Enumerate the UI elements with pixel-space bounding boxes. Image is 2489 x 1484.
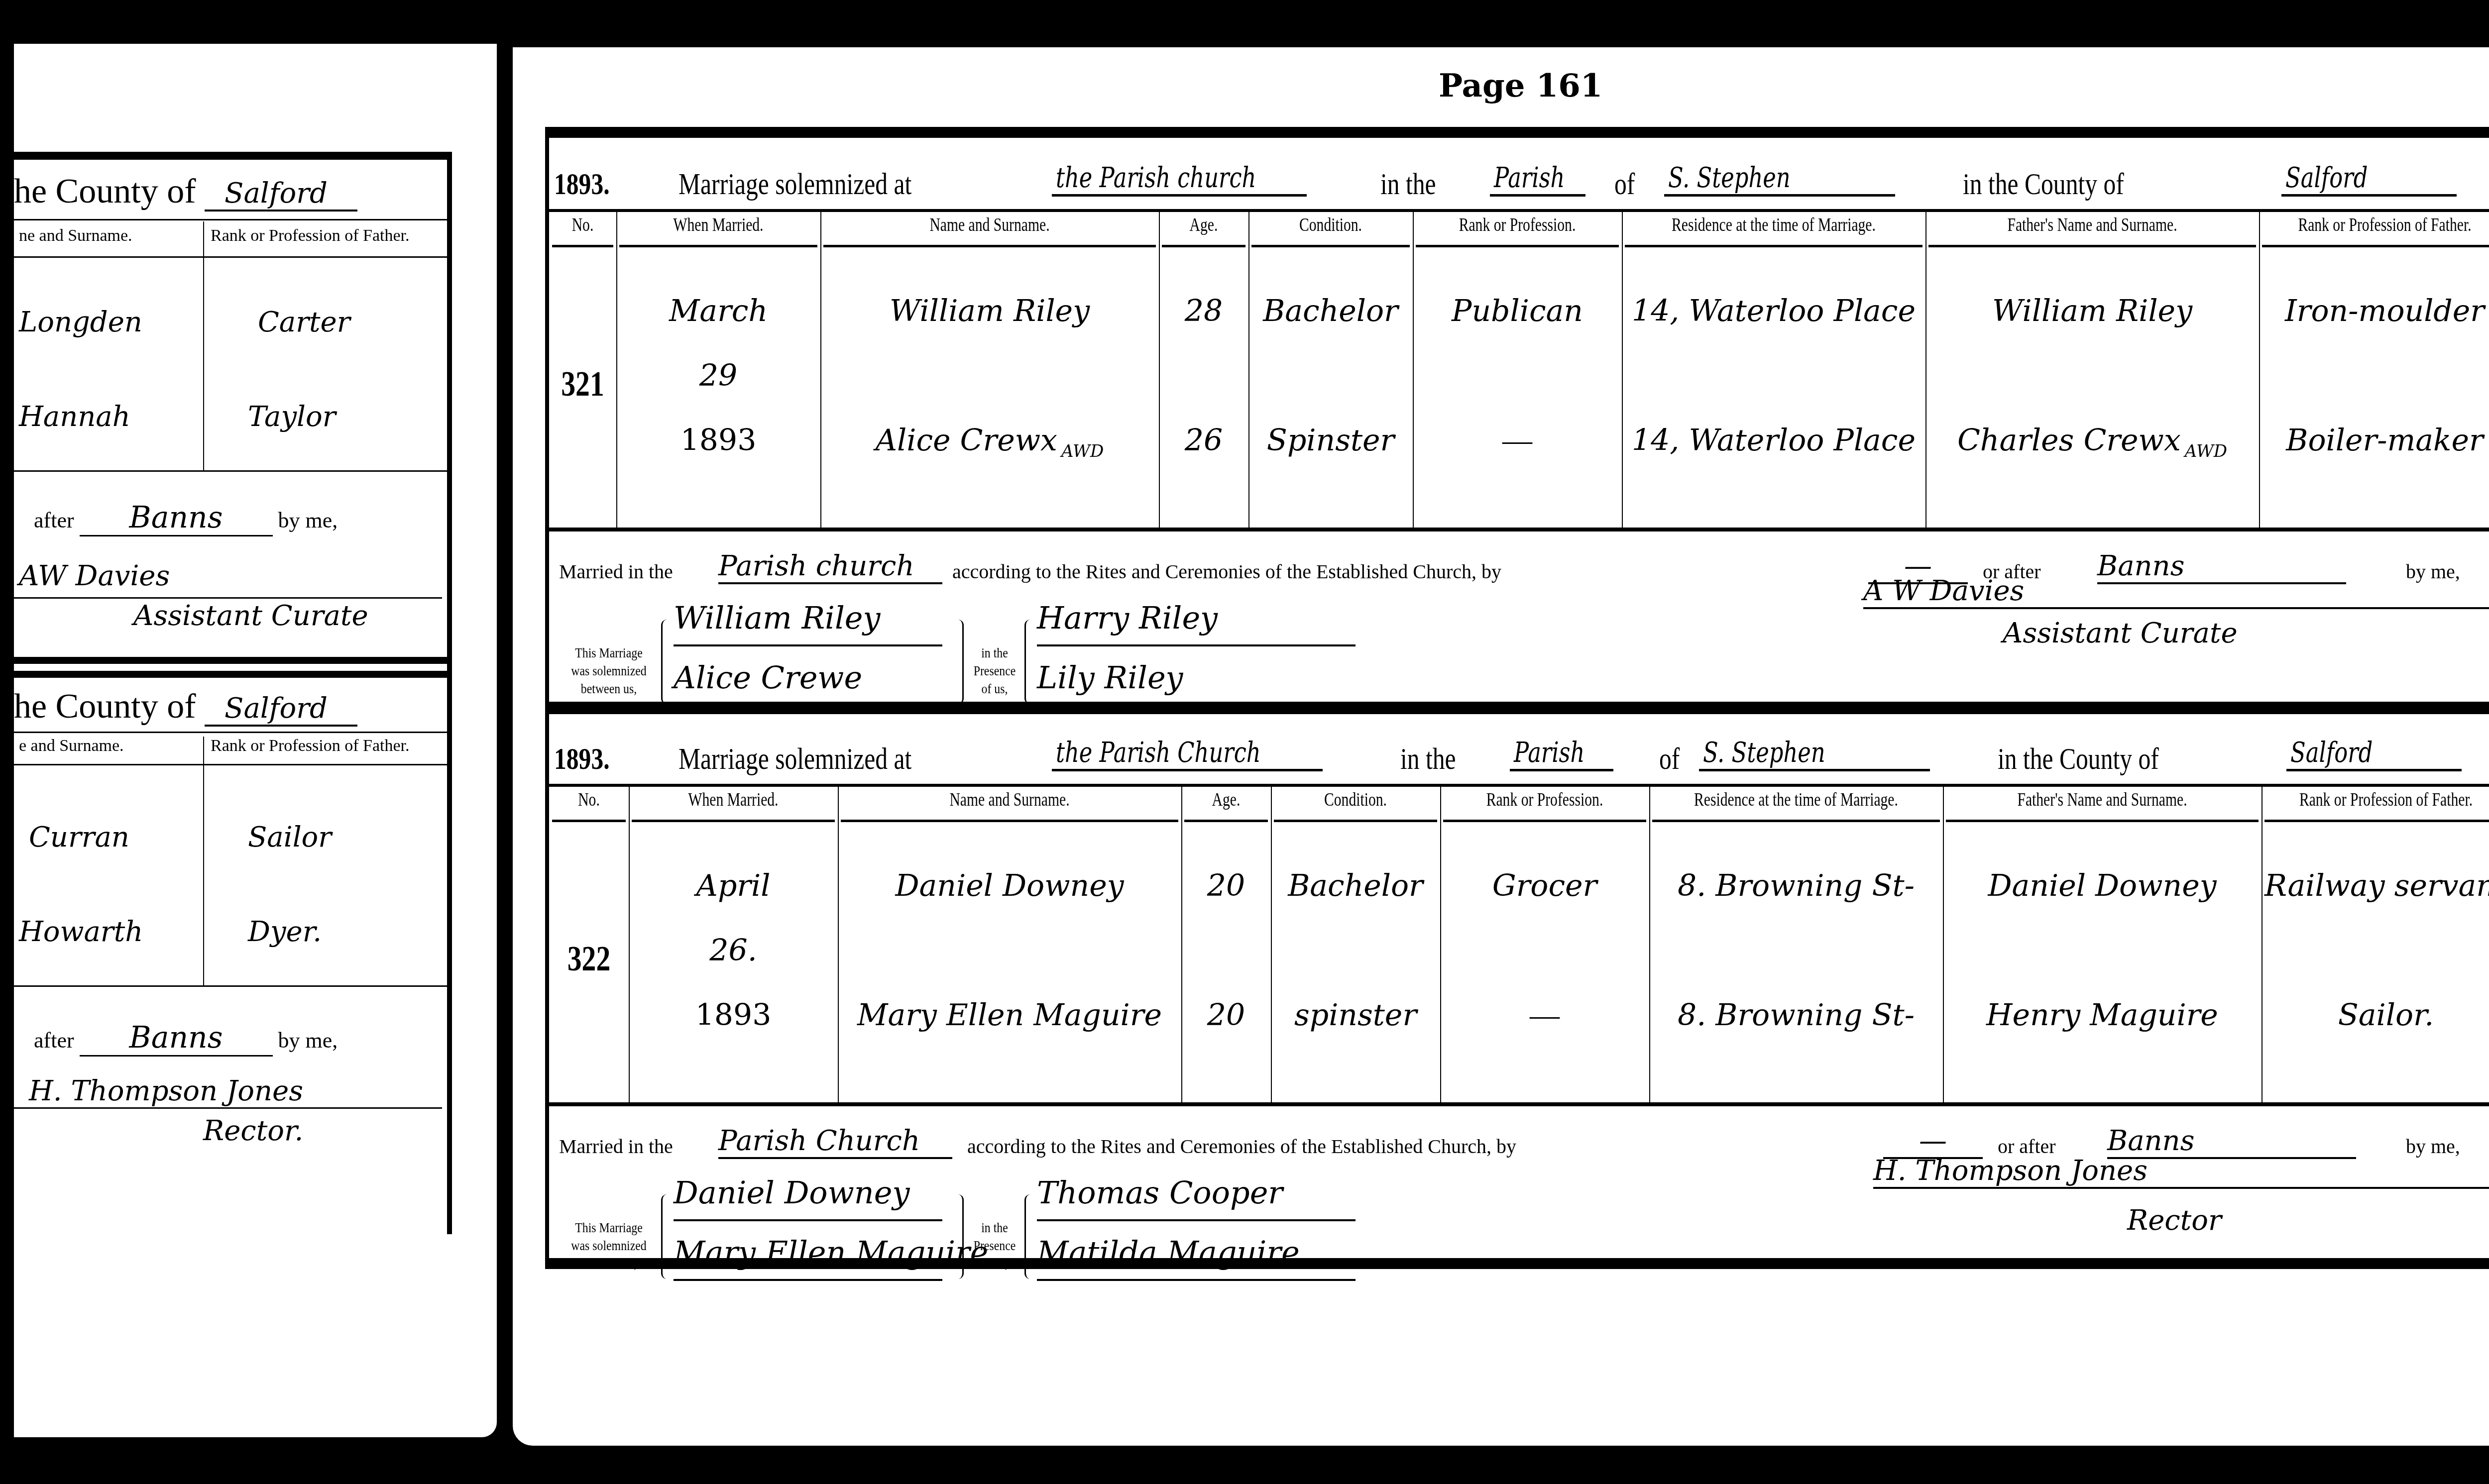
rule <box>14 597 442 599</box>
rule <box>14 657 452 664</box>
rule <box>14 219 447 220</box>
bride-residence: 8. Browning St- <box>1649 998 1943 1033</box>
bride-name: Alice CrewxAWD <box>820 423 1159 461</box>
entry-county: Salford <box>2286 737 2462 771</box>
column-header-name: e and Surname. <box>19 737 124 755</box>
date-month: March <box>616 294 820 328</box>
entry-number: 321 <box>556 363 610 405</box>
groom-father-rank: Iron-moulder <box>2259 294 2489 328</box>
col-father-rank: Rank or Profession of Father. Iron-mould… <box>2259 209 2489 528</box>
bride-father-name: Henry Maguire <box>1943 998 2262 1033</box>
marriage-entry-321: 1893. Marriage solemnized at the Parish … <box>545 127 2489 714</box>
bride-father-rank: Sailor. <box>2262 998 2489 1033</box>
col-name: Name and Surname. William Riley Alice Cr… <box>820 209 1160 528</box>
cell-name: Hannah <box>19 401 130 433</box>
entry-place: the Parish church <box>1052 162 1307 197</box>
officiant-title: Assistant Curate <box>133 600 368 632</box>
cell-father-rank: Dyer. <box>248 916 322 948</box>
married-in-value: Parish church <box>718 550 942 584</box>
bride-age: 26 <box>1159 423 1248 458</box>
groom-father-name: Daniel Downey <box>1943 868 2262 903</box>
rule <box>14 470 447 472</box>
cell-father-rank: Sailor <box>248 821 332 853</box>
entry-district: S. Stephen <box>1664 162 1895 197</box>
column-divider <box>203 737 204 985</box>
rule <box>549 528 2489 531</box>
cell-name: Curran <box>29 821 129 853</box>
col-age: Age. 28 26 <box>1159 209 1249 528</box>
marriage-entry-322: 1893. Marriage solemnized at the Parish … <box>545 702 2489 1269</box>
officiant-signature: AW Davies <box>19 560 170 592</box>
brace <box>1024 620 1036 704</box>
col-no: No. 321 <box>549 209 617 528</box>
bride-condition: Spinster <box>1248 423 1413 458</box>
rule <box>14 256 447 258</box>
col-rank: Rank or Profession. Publican — <box>1413 209 1623 528</box>
married-in-value: Parish Church <box>718 1125 952 1159</box>
groom-residence: 8. Browning St- <box>1649 868 1943 903</box>
witness-2-signature: Matilda Maguire <box>1037 1234 1356 1281</box>
left-entry-b: he County of Salford e and Surname. Rank… <box>14 657 452 1234</box>
bride-name: Mary Ellen Maguire <box>838 998 1181 1033</box>
county-value: Salford <box>205 692 357 727</box>
witness-1-signature: Harry Riley <box>1037 600 1356 646</box>
groom-signature: William Riley <box>674 600 942 646</box>
page-number: Page 161 <box>1439 67 1602 105</box>
groom-residence: 14, Waterloo Place <box>1622 294 1925 328</box>
column-header-father-rank: Rank or Profession of Father. <box>211 226 409 245</box>
entry-place: the Parish Church <box>1052 737 1323 771</box>
date-day: 29 <box>616 358 820 393</box>
groom-condition: Bachelor <box>1271 868 1440 903</box>
groom-age: 20 <box>1181 868 1271 903</box>
left-entry-a: he County of Salford ne and Surname. Ran… <box>14 152 452 699</box>
after-value: Banns <box>2107 1125 2356 1159</box>
rule <box>14 985 447 987</box>
officiant-title: Assistant Curate <box>2003 617 2238 649</box>
entry-district-type: Parish <box>1490 162 1585 197</box>
witness-1-signature: Thomas Cooper <box>1037 1174 1356 1221</box>
col-when-married: When Married. April 26. 1893 <box>629 784 839 1102</box>
groom-name: Daniel Downey <box>838 868 1181 903</box>
after-banns-line: after Banns by me, <box>34 500 338 535</box>
cell-father-rank: Carter <box>258 306 350 338</box>
county-value: Salford <box>205 177 357 212</box>
bride-age: 20 <box>1181 998 1271 1033</box>
groom-age: 28 <box>1159 294 1248 328</box>
county-label: he County of <box>14 172 196 211</box>
bride-rank: — <box>1413 423 1622 457</box>
rule <box>14 732 447 733</box>
bride-signature: Mary Ellen Maguire <box>674 1234 942 1281</box>
col-residence: Residence at the time of Marriage. 8. Br… <box>1649 784 1944 1102</box>
groom-rank: Publican <box>1413 294 1622 328</box>
entry-columns: No. 322 When Married. April 26. 1893 Nam… <box>549 784 2489 1102</box>
col-no: No. 322 <box>549 784 630 1102</box>
bride-condition: spinster <box>1271 998 1440 1033</box>
rule <box>14 1107 442 1109</box>
officiant-signature: A W Davies <box>1863 575 2489 609</box>
witness-2-signature: Lily Riley <box>1037 659 1356 706</box>
column-divider <box>203 221 204 470</box>
date-day: 26. <box>629 933 838 968</box>
cell-name: Longden <box>19 306 142 338</box>
officiant-title: Rector. <box>203 1115 303 1147</box>
cell-name: Howarth <box>19 916 143 948</box>
entry-title-line: 1893. Marriage solemnized at the Parish … <box>554 152 2489 207</box>
this-marriage-label: This Marriage was solemnized between us, <box>566 644 651 698</box>
col-father-name: Father's Name and Surname. Daniel Downey… <box>1943 784 2263 1102</box>
book-gutter <box>503 50 508 1443</box>
col-age: Age. 20 20 <box>1181 784 1272 1102</box>
brace <box>661 620 673 704</box>
officiant-signature: H. Thompson Jones <box>1873 1155 2489 1189</box>
col-residence: Residence at the time of Marriage. 14, W… <box>1622 209 1926 528</box>
groom-father-rank: Railway servant <box>2262 868 2489 903</box>
groom-name: William Riley <box>820 294 1159 328</box>
entry-number: 322 <box>557 938 621 979</box>
rule <box>545 127 2489 138</box>
rule <box>14 764 447 765</box>
col-condition: Condition. Bachelor spinster <box>1271 784 1441 1102</box>
date-month: April <box>629 868 838 903</box>
entry-title-line: 1893. Marriage solemnized at the Parish … <box>554 727 2489 781</box>
officiant-signature: H. Thompson Jones <box>29 1075 303 1107</box>
presence-label: in the Presence of us, <box>971 644 1018 698</box>
after-banns-line: after Banns by me, <box>34 1020 338 1055</box>
entry-year: 1893. <box>554 167 610 202</box>
county-label: he County of <box>14 687 196 726</box>
rule <box>549 1102 2489 1106</box>
brace <box>952 620 964 704</box>
date-year: 1893 <box>629 998 838 1033</box>
groom-signature: Daniel Downey <box>674 1174 942 1221</box>
officiant-title: Rector <box>2127 1204 2222 1237</box>
county-line: he County of Salford <box>14 687 357 727</box>
column-header-father-rank: Rank or Profession of Father. <box>211 737 409 755</box>
by-licence-value: — <box>1883 1125 1983 1159</box>
rule <box>14 152 452 160</box>
rule <box>545 1258 2489 1269</box>
bride-father-rank: Boiler-maker <box>2259 423 2489 458</box>
entry-county: Salford <box>2281 162 2457 197</box>
col-condition: Condition. Bachelor Spinster <box>1248 209 1414 528</box>
signatures: This Marriage was solemnized between us,… <box>559 600 2489 709</box>
entry-district-type: Parish <box>1510 737 1613 771</box>
county-line: he County of Salford <box>14 172 357 212</box>
groom-father-name: William Riley <box>1925 294 2259 328</box>
col-rank: Rank or Profession. Grocer — <box>1440 784 1650 1102</box>
entry-year: 1893. <box>554 742 610 777</box>
bride-father-name: Charles CrewxAWD <box>1925 423 2259 461</box>
cell-father-rank: Taylor <box>248 401 336 433</box>
groom-rank: Grocer <box>1440 868 1649 903</box>
col-father-name: Father's Name and Surname. William Riley… <box>1925 209 2260 528</box>
col-name: Name and Surname. Daniel Downey Mary Ell… <box>838 784 1182 1102</box>
bride-signature: Alice Crewe <box>674 659 942 706</box>
column-header-name: ne and Surname. <box>19 226 132 245</box>
col-father-rank: Rank or Profession of Father. Railway se… <box>2262 784 2489 1102</box>
entry-columns: No. 321 When Married. March 29 1893 Name… <box>549 209 2489 528</box>
entry-district: S. Stephen <box>1699 737 1930 771</box>
bride-residence: 14, Waterloo Place <box>1622 423 1925 458</box>
col-when-married: When Married. March 29 1893 <box>616 209 821 528</box>
bride-rank: — <box>1440 998 1649 1032</box>
date-year: 1893 <box>616 423 820 458</box>
rule <box>14 671 452 678</box>
groom-condition: Bachelor <box>1248 294 1413 328</box>
rule <box>545 702 2489 713</box>
